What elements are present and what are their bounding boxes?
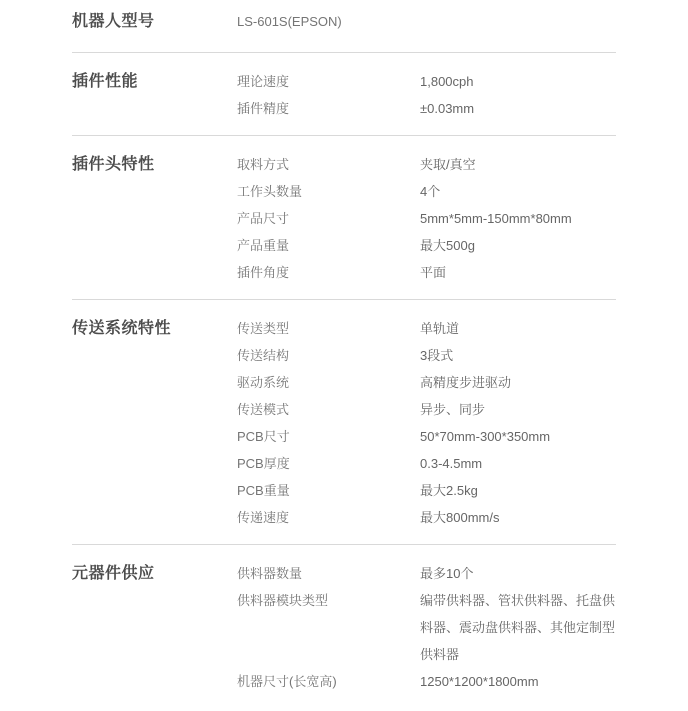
section-title: 元器件供应	[72, 560, 237, 587]
spec-section: 传送系统特性 传送类型 单轨道 传送结构 3段式 驱动系统 高精度步进驱动 传送…	[72, 299, 616, 544]
spec-value: 1250*1200*1800mm	[420, 668, 616, 695]
spec-rows: LS-601S(EPSON)	[237, 8, 616, 35]
spec-row: 产品尺寸 5mm*5mm-150mm*80mm	[237, 205, 616, 232]
spec-label: 机器尺寸(长宽高)	[237, 668, 420, 695]
spec-row: 传递速度 最大800mm/s	[237, 504, 616, 531]
spec-row: 插件角度 平面	[237, 259, 616, 286]
spec-value: 单轨道	[420, 315, 616, 342]
spec-row: 机器尺寸(长宽高) 1250*1200*1800mm	[237, 668, 616, 695]
section-title: 机器人型号	[72, 8, 237, 35]
spec-row: 取料方式 夹取/真空	[237, 151, 616, 178]
spec-label: LS-601S(EPSON)	[237, 8, 420, 35]
spec-row: LS-601S(EPSON)	[237, 8, 616, 35]
spec-label: 传递速度	[237, 504, 420, 531]
spec-value: 最多10个	[420, 560, 616, 587]
spec-label: 传送结构	[237, 342, 420, 369]
spec-value: ±0.03mm	[420, 95, 616, 122]
spec-rows: 取料方式 夹取/真空 工作头数量 4个 产品尺寸 5mm*5mm-150mm*8…	[237, 151, 616, 286]
spec-row: 产品重量 最大500g	[237, 232, 616, 259]
spec-row: 供料器模块类型 编带供料器、管状供料器、托盘供料器、震动盘供料器、其他定制型供料…	[237, 587, 616, 668]
spec-value: 最大500g	[420, 232, 616, 259]
spec-value: 异步、同步	[420, 396, 616, 423]
spec-row: 供料器数量 最多10个	[237, 560, 616, 587]
spec-rows: 供料器数量 最多10个 供料器模块类型 编带供料器、管状供料器、托盘供料器、震动…	[237, 560, 616, 695]
spec-section: 机器人型号 LS-601S(EPSON)	[72, 0, 616, 52]
spec-section: 插件头特性 取料方式 夹取/真空 工作头数量 4个 产品尺寸 5mm*5mm-1…	[72, 135, 616, 299]
spec-value: 高精度步进驱动	[420, 369, 616, 396]
spec-row: 驱动系统 高精度步进驱动	[237, 369, 616, 396]
spec-value: 4个	[420, 178, 616, 205]
section-title: 传送系统特性	[72, 315, 237, 342]
spec-value: 平面	[420, 259, 616, 286]
spec-value: 5mm*5mm-150mm*80mm	[420, 205, 616, 232]
spec-label: PCB尺寸	[237, 423, 420, 450]
spec-label: 驱动系统	[237, 369, 420, 396]
spec-label: PCB重量	[237, 477, 420, 504]
spec-rows: 传送类型 单轨道 传送结构 3段式 驱动系统 高精度步进驱动 传送模式 异步、同…	[237, 315, 616, 531]
spec-value: 0.3-4.5mm	[420, 450, 616, 477]
spec-section: 元器件供应 供料器数量 最多10个 供料器模块类型 编带供料器、管状供料器、托盘…	[72, 544, 616, 708]
spec-value: 最大2.5kg	[420, 477, 616, 504]
spec-label: PCB厚度	[237, 450, 420, 477]
spec-row: 理论速度 1,800cph	[237, 68, 616, 95]
spec-label: 产品尺寸	[237, 205, 420, 232]
spec-value: 最大800mm/s	[420, 504, 616, 531]
spec-label: 工作头数量	[237, 178, 420, 205]
spec-label: 插件角度	[237, 259, 420, 286]
spec-row: PCB尺寸 50*70mm-300*350mm	[237, 423, 616, 450]
spec-value: 夹取/真空	[420, 151, 616, 178]
spec-label: 供料器数量	[237, 560, 420, 587]
spec-value: 50*70mm-300*350mm	[420, 423, 616, 450]
spec-row: PCB厚度 0.3-4.5mm	[237, 450, 616, 477]
spec-value: 3段式	[420, 342, 616, 369]
spec-row: 工作头数量 4个	[237, 178, 616, 205]
spec-row: PCB重量 最大2.5kg	[237, 477, 616, 504]
spec-row: 传送类型 单轨道	[237, 315, 616, 342]
spec-row: 传送结构 3段式	[237, 342, 616, 369]
spec-label: 产品重量	[237, 232, 420, 259]
spec-row: 插件精度 ±0.03mm	[237, 95, 616, 122]
spec-label: 供料器模块类型	[237, 587, 420, 614]
spec-label: 传送模式	[237, 396, 420, 423]
spec-value: 1,800cph	[420, 68, 616, 95]
spec-label: 理论速度	[237, 68, 420, 95]
section-title: 插件性能	[72, 68, 237, 95]
spec-value: 编带供料器、管状供料器、托盘供料器、震动盘供料器、其他定制型供料器	[420, 587, 616, 668]
spec-section: 插件性能 理论速度 1,800cph 插件精度 ±0.03mm	[72, 52, 616, 135]
spec-row: 传送模式 异步、同步	[237, 396, 616, 423]
spec-sheet: 机器人型号 LS-601S(EPSON) 插件性能 理论速度 1,800cph …	[0, 0, 688, 711]
spec-label: 传送类型	[237, 315, 420, 342]
spec-label: 取料方式	[237, 151, 420, 178]
spec-label: 插件精度	[237, 95, 420, 122]
section-title: 插件头特性	[72, 151, 237, 178]
spec-rows: 理论速度 1,800cph 插件精度 ±0.03mm	[237, 68, 616, 122]
